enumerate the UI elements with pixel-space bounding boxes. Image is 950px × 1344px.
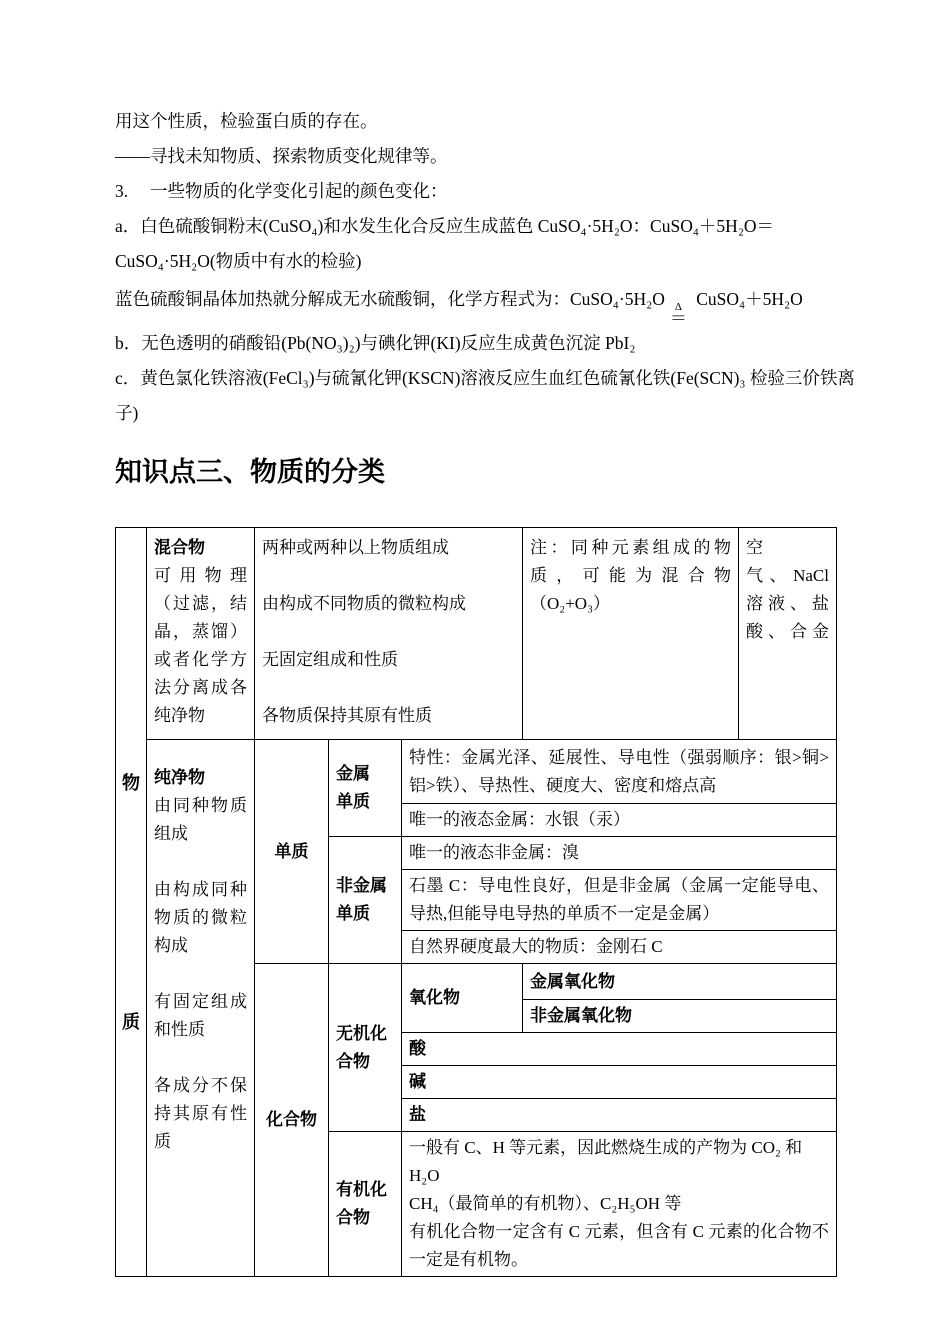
cell-mixture: 混合物可用物理（过滤，结晶，蒸馏）或者化学方法分离成各纯净物 [147, 528, 255, 740]
document-line: 子) [115, 396, 843, 431]
cell-diamond: 自然界硬度最大的物质：金刚石 C [402, 931, 837, 964]
cell-line: 氧化物 [409, 984, 515, 1012]
cell-line: 气、NaCl [746, 562, 829, 590]
cell-line [154, 1044, 247, 1072]
document-page: 用这个性质，检验蛋白质的存在。——寻找未知物质、探索物质变化规律等。3. 一些物… [0, 0, 950, 1344]
document-line: c．黄色氯化铁溶液(FeCl₃)与硫氰化钾(KSCN)溶液反应生血红色硫氰化铁(… [115, 361, 843, 396]
cell-line: 合物 [336, 1204, 394, 1232]
cell-nonmetal-oxide: 非金属氧化物 [523, 1000, 837, 1033]
cell-line: 化合物 [262, 1106, 321, 1134]
table-row: 物质混合物可用物理（过滤，结晶，蒸馏）或者化学方法分离成各纯净物两种或两种以上物… [116, 528, 837, 740]
cell-liquid-metal: 唯一的液态金属：水银（汞） [402, 804, 837, 837]
cell-line: 有固定组成和性质 [154, 988, 247, 1044]
document-line: 用这个性质，检验蛋白质的存在。 [115, 104, 843, 139]
cell-line: 空 [746, 534, 829, 562]
cell-graphite: 石墨 C：导电性良好，但是非金属（金属一定能导电、导热,但能导电导热的单质不一定… [402, 870, 837, 931]
cell-line: 可用物理（过滤，结晶，蒸馏）或者化学方法分离成各纯净物 [154, 562, 247, 730]
cell-nonmetal-element: 非金属单质 [329, 837, 402, 964]
cell-line: 单质 [336, 788, 394, 816]
section-heading: 知识点三、物质的分类 [115, 456, 843, 489]
classification-table: 物质混合物可用物理（过滤，结晶，蒸馏）或者化学方法分离成各纯净物两种或两种以上物… [115, 527, 837, 1277]
cell-line: 唯一的液态金属：水银（汞） [409, 806, 829, 834]
vertical-label: 物质 [116, 557, 146, 1247]
document-text: 用这个性质，检验蛋白质的存在。——寻找未知物质、探索物质变化规律等。3. 一些物… [115, 104, 843, 431]
cell-line [262, 562, 515, 590]
document-content: 用这个性质，检验蛋白质的存在。——寻找未知物质、探索物质变化规律等。3. 一些物… [115, 104, 843, 1277]
cell-line: 有机化合物一定含有 C 元素，但含有 C 元素的化合物不一定是有机物。 [409, 1218, 829, 1274]
cell-line: 混合物 [154, 534, 247, 562]
cell-element: 单质 [255, 740, 329, 964]
cell-metal-oxide: 金属氧化物 [523, 964, 837, 1000]
cell-line: 金属氧化物 [530, 968, 829, 996]
cell-line [154, 848, 247, 876]
document-line: ——寻找未知物质、探索物质变化规律等。 [115, 139, 843, 174]
cell-line: 碱 [409, 1068, 829, 1096]
cell-mixture-examples: 空气、NaCl溶液、盐酸、合金 [739, 528, 837, 740]
delta-heating-symbol: Δ＝ [670, 301, 687, 326]
vertical-label-char: 质 [122, 1008, 140, 1036]
cell-line: 纯净物 [154, 764, 247, 792]
cell-line: 一般有 C、H 等元素，因此燃烧生成的产物为 CO₂ 和 H₂O [409, 1134, 829, 1190]
cell-inorganic-compound: 无机化合物 [329, 964, 402, 1132]
cell-acid: 酸 [402, 1033, 837, 1066]
cell-line: 无机化 [336, 1020, 394, 1048]
cell-line: 由构成同种物质的微粒构成 [154, 876, 247, 960]
cell-line: 有机化 [336, 1176, 394, 1204]
cell-salt: 盐 [402, 1099, 837, 1132]
cell-line: 单质 [336, 900, 394, 928]
cell-line: 非金属氧化物 [530, 1002, 829, 1030]
cell-liquid-nonmetal: 唯一的液态非金属：溴 [402, 837, 837, 870]
cell-line: 各物质保持其原有性质 [262, 702, 515, 730]
cell-organic-compound: 有机化合物 [329, 1132, 402, 1277]
cell-line: 唯一的液态非金属：溴 [409, 839, 829, 867]
cell-line: 溶液、盐 [746, 590, 829, 618]
cell-line: 石墨 C：导电性良好，但是非金属（金属一定能导电、导热,但能导电导热的单质不一定… [409, 872, 829, 928]
document-line: b．无色透明的硝酸铅(Pb(NO₃)₂)与碘化钾(KI)反应生成黄色沉淀 PbI… [115, 326, 843, 361]
document-line: a．白色硫酸铜粉末(CuSO₄)和水发生化合反应生成蓝色 CuSO₄·5H₂O：… [115, 209, 843, 244]
cell-pure-substance: 纯净物由同种物质组成由构成同种物质的微粒构成有固定组成和性质各成分不保持其原有性… [147, 740, 255, 1277]
cell-oxide: 氧化物 [402, 964, 523, 1033]
cell-metal-properties: 特性：金属光泽、延展性、导电性（强弱顺序：银>铜>铝>铁）、导热性、硬度大、密度… [402, 740, 837, 804]
cell-substance-label: 物质 [116, 528, 147, 1277]
document-line: 蓝色硫酸铜晶体加热就分解成无水硫酸铜，化学方程式为：CuSO₄·5H₂OΔ＝ C… [115, 279, 843, 326]
cell-line: 金属 [336, 760, 394, 788]
cell-metal-element: 金属单质 [329, 740, 402, 837]
cell-mixture-composition: 两种或两种以上物质组成由构成不同物质的微粒构成无固定组成和性质各物质保持其原有性… [255, 528, 523, 740]
cell-base: 碱 [402, 1066, 837, 1099]
cell-line: 酸 [409, 1035, 829, 1063]
cell-line: 盐 [409, 1101, 829, 1129]
cell-line: 由同种物质组成 [154, 792, 247, 848]
cell-line: 无固定组成和性质 [262, 646, 515, 674]
cell-line: 注：同种元素组成的物质，可能为混合物（O₂+O₃） [530, 534, 731, 618]
vertical-label-char: 物 [122, 769, 140, 797]
cell-line [262, 618, 515, 646]
cell-line: 特性：金属光泽、延展性、导电性（强弱顺序：银>铜>铝>铁）、导热性、硬度大、密度… [409, 744, 829, 800]
cell-line: 合物 [336, 1048, 394, 1076]
cell-line [154, 960, 247, 988]
cell-mixture-note: 注：同种元素组成的物质，可能为混合物（O₂+O₃） [523, 528, 739, 740]
cell-line: 酸、合金 [746, 618, 829, 646]
cell-line: 两种或两种以上物质组成 [262, 534, 515, 562]
table-row: 纯净物由同种物质组成由构成同种物质的微粒构成有固定组成和性质各成分不保持其原有性… [116, 740, 837, 804]
cell-line: CH₄（最简单的有机物）、C₂H₅OH 等 [409, 1190, 829, 1218]
cell-line: 单质 [262, 838, 321, 866]
cell-organic-properties: 一般有 C、H 等元素，因此燃烧生成的产物为 CO₂ 和 H₂OCH₄（最简单的… [402, 1132, 837, 1277]
document-line: CuSO₄·5H₂O(物质中有水的检验) [115, 244, 843, 279]
cell-line: 非金属 [336, 872, 394, 900]
document-line: 3. 一些物质的化学变化引起的颜色变化： [115, 174, 843, 209]
cell-compound: 化合物 [255, 964, 329, 1277]
cell-line: 由构成不同物质的微粒构成 [262, 590, 515, 618]
cell-line: 各成分不保持其原有性质 [154, 1072, 247, 1156]
cell-line: 自然界硬度最大的物质：金刚石 C [409, 933, 829, 961]
cell-line [262, 674, 515, 702]
